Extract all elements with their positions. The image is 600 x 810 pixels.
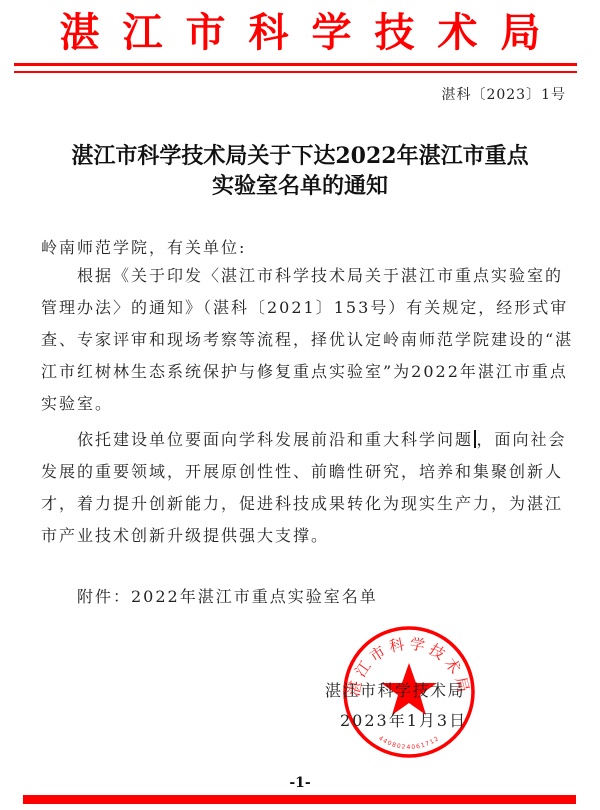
document-title-line2: 实验室名单的通知 <box>0 171 600 201</box>
page-number: -1- <box>0 775 600 791</box>
body-paragraph-2: 依托建设单位要面向学科发展前沿和重大科学问题，面向社会发展的重要领域，开展原创性… <box>41 424 577 552</box>
footer-rule <box>23 795 576 804</box>
document-title-line1: 湛江市科学技术局关于下达2022年湛江市重点 <box>0 141 600 171</box>
attachment-note: 附件：2022年湛江市重点实验室名单 <box>77 584 378 607</box>
organization-header: 湛江市科学技术局 <box>0 8 600 58</box>
seal-serial-text: 4408024061712 <box>377 735 441 751</box>
signer-name: 湛江市科学技术局 <box>325 678 465 701</box>
text-cursor <box>474 430 476 448</box>
svg-text:4408024061712: 4408024061712 <box>377 735 441 751</box>
document-number: 湛科〔2023〕1号 <box>441 84 566 104</box>
paragraph-1-text: 根据《关于印发〈湛江市科学技术局关于湛江市重点实验室的管理办法〉的通知》（湛科〔… <box>41 260 577 420</box>
signing-date: 2023年1月3日 <box>340 708 467 731</box>
header-rule-thin <box>14 71 577 73</box>
paragraph-2-text-a: 依托建设单位要面向学科发展前沿和重大科学问题 <box>77 430 473 449</box>
body-paragraph-1: 根据《关于印发〈湛江市科学技术局关于湛江市重点实验室的管理办法〉的通知》（湛科〔… <box>41 260 577 420</box>
header-rule-thick <box>14 63 577 66</box>
document-title: 湛江市科学技术局关于下达2022年湛江市重点 实验室名单的通知 <box>0 141 600 201</box>
